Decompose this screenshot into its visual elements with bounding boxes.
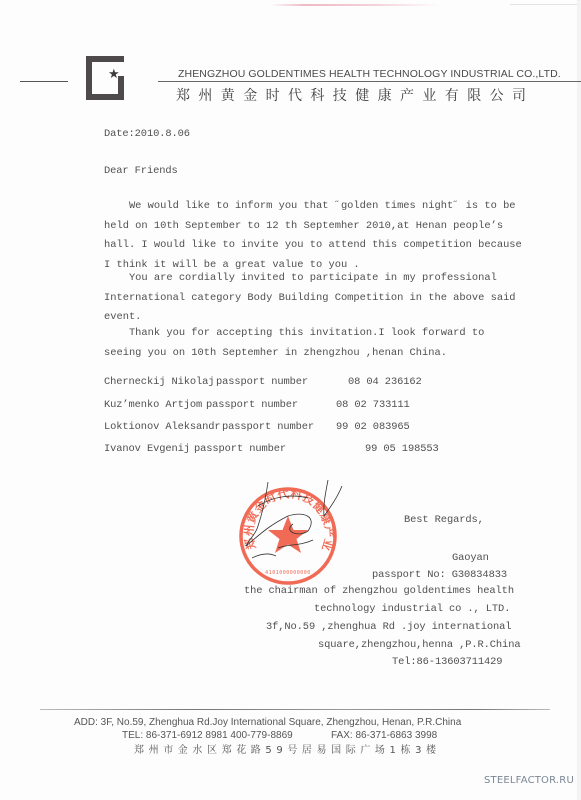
paragraph-text: We would like to inform you that ˝golden… [104,197,524,275]
star-icon: ★ [108,68,120,81]
letter-paragraph-2: You are cordially invited to participate… [104,269,524,328]
footer-fax: FAX: 86-371-6863 3998 [331,730,437,741]
letter-paragraph-3: Thank you for accepting this invitation.… [104,324,524,363]
passport-label: passport number [216,376,308,388]
signer-title-line-1: the chairman of zhengzhou goldentimes he… [244,585,514,597]
watermark: STEELFACTOR.RU [484,775,574,786]
paragraph-text: You are cordially invited to participate… [104,269,524,328]
letter-paragraph-1: We would like to inform you that ˝golden… [104,197,524,275]
letter-date: Date:2010.8.06 [104,128,190,140]
signature-icon [238,476,368,586]
footer-address-chinese: 郑州市金水区郑花路59号居易国际广场1栋3楼 [134,741,441,756]
passport-label: passport number [222,421,314,433]
signer-address-line-2: square,zhengzhou,henna ,P.R.China [318,639,520,651]
participant-name: Ivanov Evgenij [104,443,190,455]
scan-edge [577,0,581,800]
company-name-english: ZHENGZHOU GOLDENTIMES HEALTH TECHNOLOGY … [178,68,561,80]
scan-artifact [510,4,580,5]
salutation: Dear Friends [104,165,178,177]
signer-passport: passport No: G30834833 [372,569,507,581]
participant-name: Kuz’menko Artjom [104,399,202,411]
signer-name: Gaoyan [452,552,489,564]
header-rule-left [20,81,68,82]
signer-address-line-1: 3f,No.59 ,zhenghua Rd .joy international [266,621,511,633]
signer-title-line-2: technology industrial co ., LTD. [314,603,510,615]
passport-label: passport number [194,443,286,455]
passport-number: 99 05 198553 [365,443,439,455]
scan-artifact [270,4,440,6]
footer-tel: TEL: 86-371-6912 8981 400-779-8869 [122,730,293,741]
passport-number: 08 02 733111 [336,399,410,411]
footer-rule [40,709,550,710]
signer-tel: Tel:86-13603711429 [392,656,502,668]
company-logo-icon: ★ [86,56,124,100]
header-rule [158,81,581,82]
paragraph-text: Thank you for accepting this invitation.… [104,324,524,363]
closing: Best Regards, [404,514,484,526]
passport-number: 99 02 083965 [336,421,410,433]
passport-number: 08 04 236162 [348,376,422,388]
company-name-chinese: 郑州黄金时代科技健康产业有限公司 [176,85,534,105]
participant-name: Cherneckij Nikolaj [104,376,214,388]
passport-label: passport number [206,399,298,411]
participant-name: Loktionov Aleksandr [104,421,221,433]
footer-address: ADD: 3F, No.59, Zhenghua Rd.Joy Internat… [74,717,461,728]
